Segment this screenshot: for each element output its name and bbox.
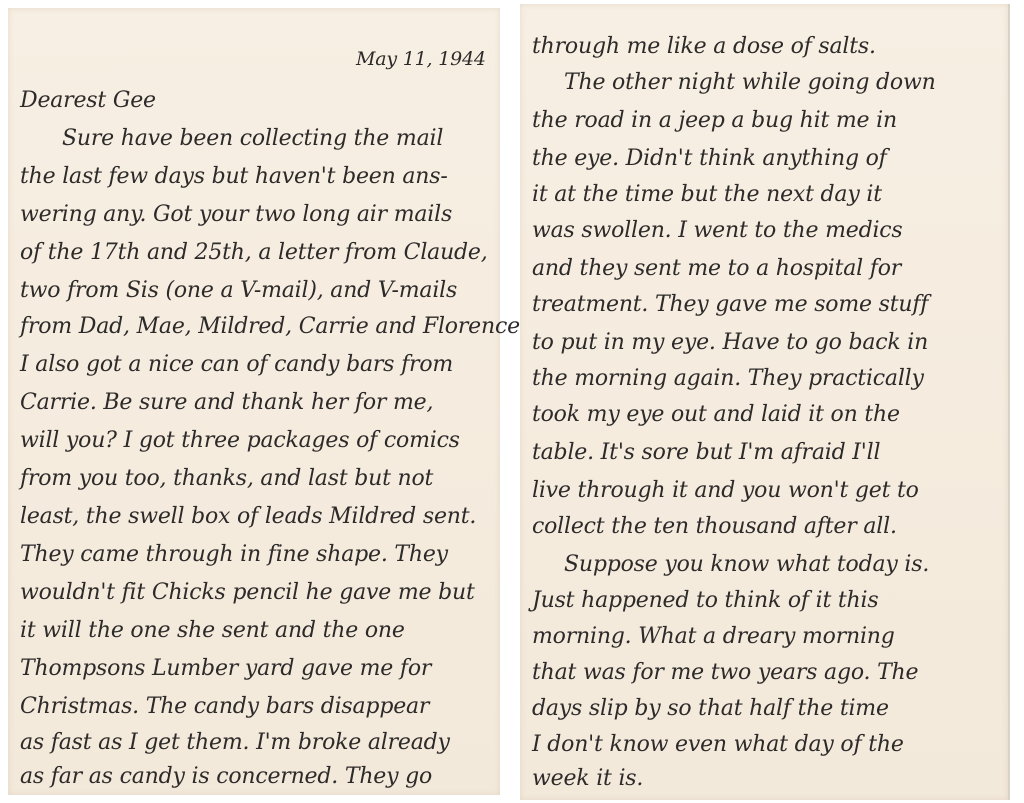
text-line: live through it and you won't get to	[532, 478, 919, 503]
text-line: to put in my eye. Have to go back in	[532, 330, 928, 355]
text-line: collect the ten thousand after all.	[532, 514, 897, 539]
text-line: Thompsons Lumber yard gave me for	[20, 656, 431, 681]
text-line: the last few days but haven't been ans-	[20, 164, 448, 189]
text-line: from Dad, Mae, Mildred, Carrie and Flore…	[20, 314, 527, 339]
text-line: least, the swell box of leads Mildred se…	[20, 504, 476, 529]
text-line: days slip by so that half the time	[532, 696, 889, 721]
text-line: was swollen. I went to the medics	[532, 218, 903, 243]
text-line: of the 17th and 25th, a letter from Clau…	[20, 240, 488, 265]
text-line: that was for me two years ago. The	[532, 660, 918, 685]
text-line: as fast as I get them. I'm broke already	[20, 730, 450, 755]
text-line: the eye. Didn't think anything of	[532, 146, 887, 171]
letter-page-left: May 11, 1944 Dearest Gee Sure have been …	[8, 8, 500, 795]
letter-page-right: through me like a dose of salts. The oth…	[520, 4, 1010, 800]
text-line: from you too, thanks, and last but not	[20, 466, 433, 491]
text-line: as far as candy is concerned. They go	[20, 764, 432, 789]
text-line: treatment. They gave me some stuff	[532, 292, 928, 317]
letter-salutation: Dearest Gee	[20, 88, 156, 113]
text-line: Just happened to think of it this	[532, 588, 878, 613]
text-line: and they sent me to a hospital for	[532, 256, 901, 281]
letter-date: May 11, 1944	[356, 48, 486, 70]
text-line: through me like a dose of salts.	[532, 34, 876, 59]
text-line: Christmas. The candy bars disappear	[20, 694, 429, 719]
text-line: took my eye out and laid it on the	[532, 402, 900, 427]
text-line: I don't know even what day of the	[532, 732, 904, 757]
text-line: I also got a nice can of candy bars from	[20, 352, 453, 377]
text-line: Carrie. Be sure and thank her for me,	[20, 390, 433, 415]
text-line: two from Sis (one a V-mail), and V-mails	[20, 278, 457, 303]
text-line: Suppose you know what today is.	[564, 552, 929, 577]
text-line: table. It's sore but I'm afraid I'll	[532, 440, 880, 465]
text-line: They came through in fine shape. They	[20, 542, 448, 567]
text-line: The other night while going down	[564, 70, 936, 95]
text-line: week it is.	[532, 766, 643, 791]
text-line: wouldn't fit Chicks pencil he gave me bu…	[20, 580, 475, 605]
text-line: it at the time but the next day it	[532, 182, 882, 207]
text-line: it will the one she sent and the one	[20, 618, 405, 643]
text-line: the morning again. They practically	[532, 366, 924, 391]
text-line: morning. What a dreary morning	[532, 624, 895, 649]
text-line: Sure have been collecting the mail	[62, 126, 443, 151]
text-line: will you? I got three packages of comics	[20, 428, 460, 453]
text-line: wering any. Got your two long air mails	[20, 202, 452, 227]
text-line: the road in a jeep a bug hit me in	[532, 108, 897, 133]
